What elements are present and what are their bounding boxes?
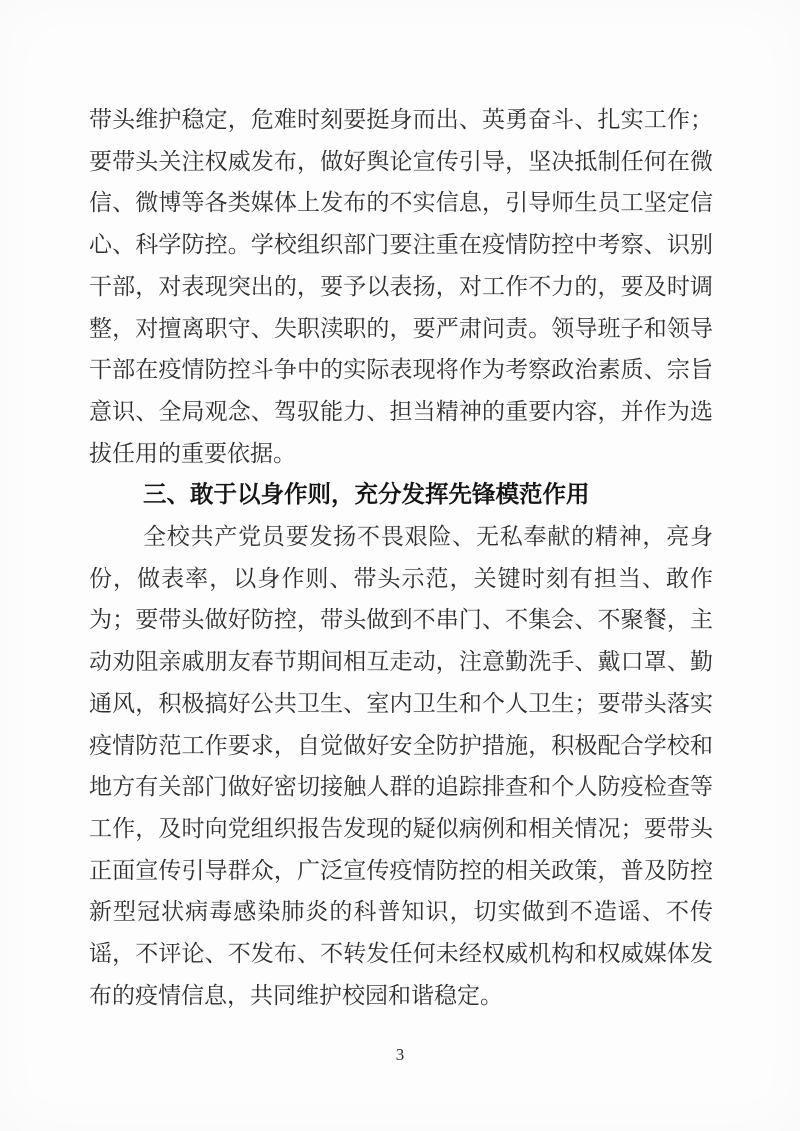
section-heading: 三、敢于以身作则，充分发挥先锋模范作用 — [89, 474, 713, 516]
page-number: 3 — [0, 1043, 800, 1067]
paragraph-body: 全校共产党员要发扬不畏艰险、无私奉献的精神，亮身份，做表率，以身作则、带头示范，… — [89, 516, 713, 1016]
document-body: 带头维护稳定，危难时刻要挺身而出、英勇奋斗、扎实工作；要带头关注权威发布，做好舆… — [89, 99, 713, 1016]
document-page: 带头维护稳定，危难时刻要挺身而出、英勇奋斗、扎实工作；要带头关注权威发布，做好舆… — [0, 0, 800, 1131]
paragraph-continuation: 带头维护稳定，危难时刻要挺身而出、英勇奋斗、扎实工作；要带头关注权威发布，做好舆… — [89, 99, 713, 474]
